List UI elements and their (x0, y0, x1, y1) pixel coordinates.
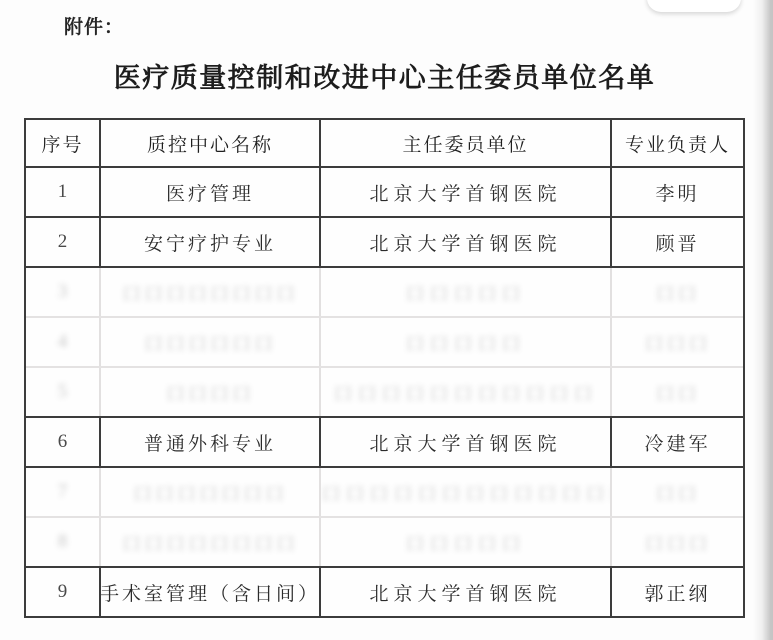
center-name-cell: 安宁疗护专业 (99, 218, 319, 266)
table-row: 5 口口口口 口口口口口口口口口口口 口口 (26, 368, 743, 418)
table-header-row: 序号 质控中心名称 主任委员单位 专业负责人 (26, 120, 743, 168)
unit-cell: 口口口口口 (319, 518, 610, 566)
header-cell-no: 序号 (26, 120, 99, 166)
unit-cell: 北京大学首钢医院 (319, 168, 610, 216)
header-cell-unit: 主任委员单位 (319, 120, 610, 166)
header-cell-center-name: 质控中心名称 (99, 120, 319, 166)
leader-cell: 口口 (610, 468, 743, 516)
leader-cell: 顾晋 (610, 218, 743, 266)
leader-cell: 冷建军 (610, 418, 743, 466)
row-number-cell: 8 (26, 518, 99, 566)
table-row: 8 口口口口口口口口 口口口口口 口口口 (26, 518, 743, 568)
center-name-cell: 口口口口口口口口 (99, 518, 319, 566)
leader-cell: 口口 (610, 268, 743, 316)
row-number-cell: 7 (26, 468, 99, 516)
leader-cell: 李明 (610, 168, 743, 216)
scan-corner-artifact (647, 0, 741, 12)
attachment-label: 附件： (64, 12, 124, 39)
leader-cell: 口口口 (610, 318, 743, 366)
leader-cell: 口口 (610, 368, 743, 416)
center-name-cell: 口口口口口口 (99, 318, 319, 366)
table-row: 6 普通外科专业 北京大学首钢医院 冷建军 (26, 418, 743, 468)
leader-cell: 口口口 (610, 518, 743, 566)
row-number-cell: 1 (26, 168, 99, 216)
row-number-cell: 3 (26, 268, 99, 316)
center-name-cell: 口口口口口口口口 (99, 268, 319, 316)
leader-cell: 郭正纲 (610, 568, 743, 616)
unit-cell: 口口口口口口口口口口口口口口 (319, 468, 610, 516)
qc-center-table: 序号 质控中心名称 主任委员单位 专业负责人 1 医疗管理 北京大学首钢医院 李… (24, 118, 745, 618)
scan-edge-shadow (753, 0, 773, 640)
unit-cell: 北京大学首钢医院 (319, 568, 610, 616)
unit-cell: 口口口口口 (319, 268, 610, 316)
row-number-cell: 2 (26, 218, 99, 266)
table-row: 9 手术室管理（含日间） 北京大学首钢医院 郭正纲 (26, 568, 743, 616)
center-name-cell: 口口口口口口口 (99, 468, 319, 516)
row-number-cell: 6 (26, 418, 99, 466)
table-row: 1 医疗管理 北京大学首钢医院 李明 (26, 168, 743, 218)
unit-cell: 口口口口口 (319, 318, 610, 366)
table-row: 7 口口口口口口口 口口口口口口口口口口口口口口 口口 (26, 468, 743, 518)
table-row: 2 安宁疗护专业 北京大学首钢医院 顾晋 (26, 218, 743, 268)
center-name-cell: 普通外科专业 (99, 418, 319, 466)
header-cell-leader: 专业负责人 (610, 120, 743, 166)
center-name-cell: 手术室管理（含日间） (99, 568, 319, 616)
row-number-cell: 5 (26, 368, 99, 416)
row-number-cell: 9 (26, 568, 99, 616)
scanned-document-page: 附件： 医疗质量控制和改进中心主任委员单位名单 序号 质控中心名称 主任委员单位… (0, 0, 773, 640)
unit-cell: 口口口口口口口口口口口 (319, 368, 610, 416)
center-name-cell: 医疗管理 (99, 168, 319, 216)
table-row: 4 口口口口口口 口口口口口 口口口 (26, 318, 743, 368)
table-row: 3 口口口口口口口口 口口口口口 口口 (26, 268, 743, 318)
unit-cell: 北京大学首钢医院 (319, 418, 610, 466)
unit-cell: 北京大学首钢医院 (319, 218, 610, 266)
page-title: 医疗质量控制和改进中心主任委员单位名单 (24, 56, 745, 95)
table-body: 1 医疗管理 北京大学首钢医院 李明 2 安宁疗护专业 北京大学首钢医院 顾晋 … (26, 168, 743, 616)
center-name-cell: 口口口口 (99, 368, 319, 416)
row-number-cell: 4 (26, 318, 99, 366)
